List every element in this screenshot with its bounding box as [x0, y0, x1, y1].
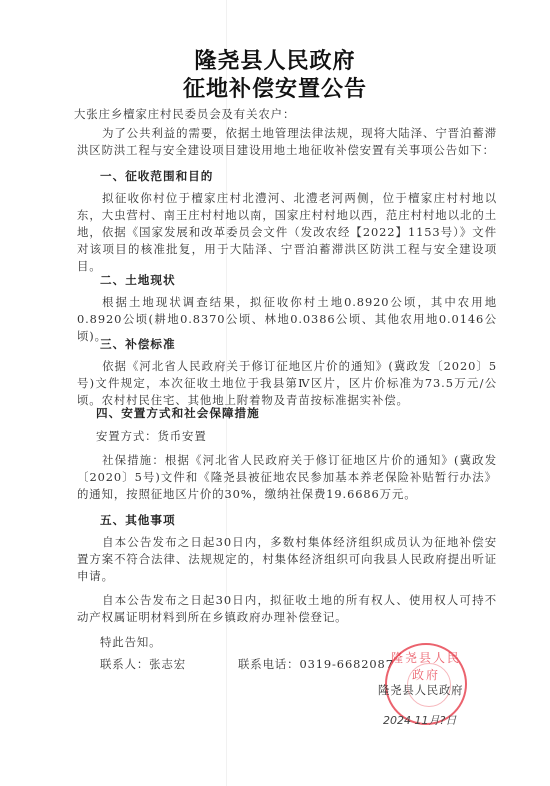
hearing-paragraph: 自本公告发布之日起30日内，多数村集体经济组织成员认为征地补偿安置方案不符合法律… [77, 534, 497, 585]
contact-person: 联系人：张志宏 [100, 656, 186, 672]
section-3-paragraph: 依据《河北省人民政府关于修订征地区片价的通知》(冀政发〔2020〕5号)文件规定… [77, 358, 497, 409]
document-title-subject: 征地补偿安置公告 [0, 72, 550, 103]
section-5-body-1: 自本公告发布之日起30日内，多数村集体经济组织成员认为征地补偿安置方案不符合法律… [77, 534, 497, 585]
section-5-body-2: 自本公告发布之日起30日内，拟征收土地的所有权人、使用权人可持不动产权属证明材料… [77, 592, 497, 626]
issue-date: 2024 11月?日 [383, 712, 456, 728]
closing-text: 特此告知。 [100, 634, 161, 650]
section-3-body: 依据《河北省人民政府关于修订征地区片价的通知》(冀政发〔2020〕5号)文件规定… [77, 358, 497, 409]
contact-phone: 联系电话：0319-6682087 [238, 656, 394, 672]
intro-text: 为了公共利益的需要，依据土地管理法律法规，现将大陆泽、宁晋泊蓄滞洪区防洪工程与安… [77, 125, 497, 159]
section-heading-3: 三、补偿标准 [100, 336, 176, 352]
contact-phone-label: 联系电话： [238, 657, 299, 671]
section-4-body: 社保措施：根据《河北省人民政府关于修订征地区片价的通知》(冀政发〔2020〕5号… [77, 452, 497, 503]
section-1-body: 拟征收你村位于檀家庄村北澧河、北澧老河两侧，位于檀家庄村村地以东，大虫营村、南王… [77, 190, 497, 275]
contact-person-name: 张志宏 [149, 657, 186, 671]
section-heading-1: 一、征收范围和目的 [100, 168, 213, 184]
contact-person-label: 联系人： [100, 657, 149, 671]
contact-phone-number: 0319-6682087 [299, 657, 393, 671]
salutation: 大张庄乡檀家庄村民委员会及有关农户： [74, 106, 295, 122]
section-heading-2: 二、土地现状 [100, 272, 176, 288]
registration-paragraph: 自本公告发布之日起30日内，拟征收土地的所有权人、使用权人可持不动产权属证明材料… [77, 592, 497, 626]
intro-paragraph: 为了公共利益的需要，依据土地管理法律法规，现将大陆泽、宁晋泊蓄滞洪区防洪工程与安… [77, 125, 497, 159]
social-security-paragraph: 社保措施：根据《河北省人民政府关于修订征地区片价的通知》(冀政发〔2020〕5号… [77, 452, 497, 503]
section-1-paragraph: 拟征收你村位于檀家庄村北澧河、北澧老河两侧，位于檀家庄村村地以东，大虫营村、南王… [77, 190, 497, 275]
resettlement-method: 安置方式：货币安置 [96, 428, 207, 444]
issuer-signature: 隆尧县人民政府 [378, 682, 463, 698]
section-heading-4: 四、安置方式和社会保障措施 [96, 405, 260, 421]
document-title-issuer: 隆尧县人民政府 [0, 44, 550, 75]
document-page: 隆尧县人民政府 征地补偿安置公告 大张庄乡檀家庄村民委员会及有关农户： 为了公共… [0, 0, 550, 786]
section-heading-5: 五、其他事项 [100, 512, 176, 528]
